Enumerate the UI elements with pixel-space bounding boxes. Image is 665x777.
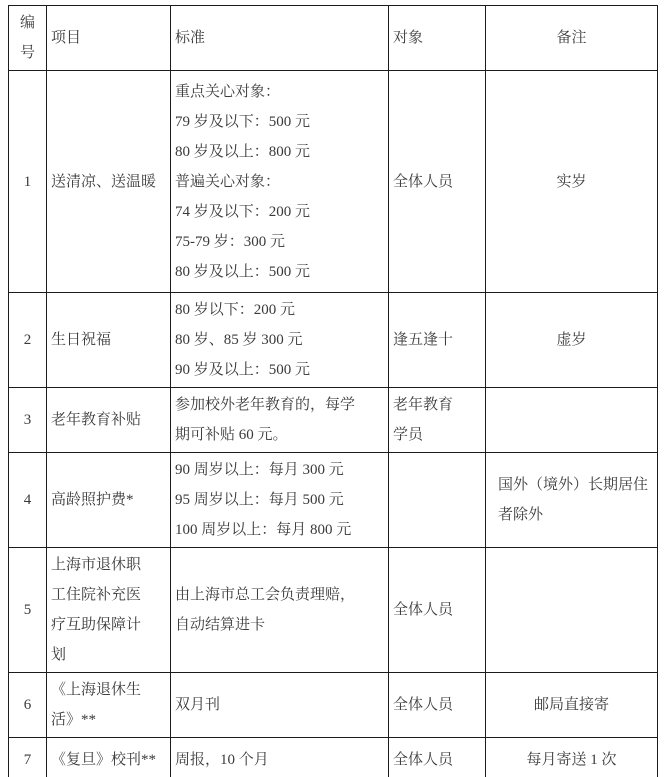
table-row: 1 送清凉、送温暖 重点关心对象： 79 岁及以下：500 元 80 岁及以上：… [9,71,658,293]
header-standard: 标准 [171,6,389,71]
cell-no: 3 [9,388,47,453]
cell-target: 逢五逢十 [389,293,486,388]
cell-standard: 由上海市总工会负责理赔， 自动结算进卡 [171,548,389,673]
table-row: 7 《复旦》校刊** 周报，10 个月 全体人员 每月寄送 1 次 [9,738,658,777]
cell-standard: 参加校外老年教育的，每学 期可补贴 60 元。 [171,388,389,453]
cell-project: 上海市退休职 工住院补充医 疗互助保障计 划 [47,548,171,673]
cell-no: 4 [9,453,47,548]
cell-project: 《复旦》校刊** [47,738,171,777]
cell-no: 1 [9,71,47,293]
cell-standard: 重点关心对象： 79 岁及以下：500 元 80 岁及以上：800 元 普遍关心… [171,71,389,293]
document-page: 编 号 项目 标准 对象 备注 1 送清凉、送温暖 重点关心对象： 79 岁及以… [0,0,665,777]
cell-remark: 邮局直接寄 [486,673,658,738]
cell-target: 全体人员 [389,71,486,293]
cell-standard: 双月刊 [171,673,389,738]
cell-standard: 周报，10 个月 [171,738,389,777]
header-no: 编 号 [9,6,47,71]
cell-standard: 90 周岁以上：每月 300 元 95 周岁以上：每月 500 元 100 周岁… [171,453,389,548]
cell-no: 5 [9,548,47,673]
cell-no: 7 [9,738,47,777]
cell-remark [486,388,658,453]
table-row: 2 生日祝福 80 岁以下：200 元 80 岁、85 岁 300 元 90 岁… [9,293,658,388]
cell-target: 全体人员 [389,673,486,738]
cell-project: 生日祝福 [47,293,171,388]
table-row: 6 《上海退休生 活》** 双月刊 全体人员 邮局直接寄 [9,673,658,738]
cell-target: 全体人员 [389,738,486,777]
cell-target [389,453,486,548]
cell-target: 老年教育 学员 [389,388,486,453]
table-header-row: 编 号 项目 标准 对象 备注 [9,6,658,71]
cell-remark: 虚岁 [486,293,658,388]
cell-remark: 实岁 [486,71,658,293]
table-row: 3 老年教育补贴 参加校外老年教育的，每学 期可补贴 60 元。 老年教育 学员 [9,388,658,453]
cell-project: 高龄照护费* [47,453,171,548]
cell-standard: 80 岁以下：200 元 80 岁、85 岁 300 元 90 岁及以上：500… [171,293,389,388]
cell-project: 送清凉、送温暖 [47,71,171,293]
table-row: 4 高龄照护费* 90 周岁以上：每月 300 元 95 周岁以上：每月 500… [9,453,658,548]
header-target: 对象 [389,6,486,71]
cell-no: 6 [9,673,47,738]
header-project: 项目 [47,6,171,71]
cell-no: 2 [9,293,47,388]
benefits-table: 编 号 项目 标准 对象 备注 1 送清凉、送温暖 重点关心对象： 79 岁及以… [8,5,658,777]
cell-remark: 国外（境外）长期居住 者除外 [486,453,658,548]
cell-remark: 每月寄送 1 次 [486,738,658,777]
table-row: 5 上海市退休职 工住院补充医 疗互助保障计 划 由上海市总工会负责理赔， 自动… [9,548,658,673]
header-remark: 备注 [486,6,658,71]
cell-project: 《上海退休生 活》** [47,673,171,738]
cell-remark [486,548,658,673]
cell-target: 全体人员 [389,548,486,673]
cell-project: 老年教育补贴 [47,388,171,453]
